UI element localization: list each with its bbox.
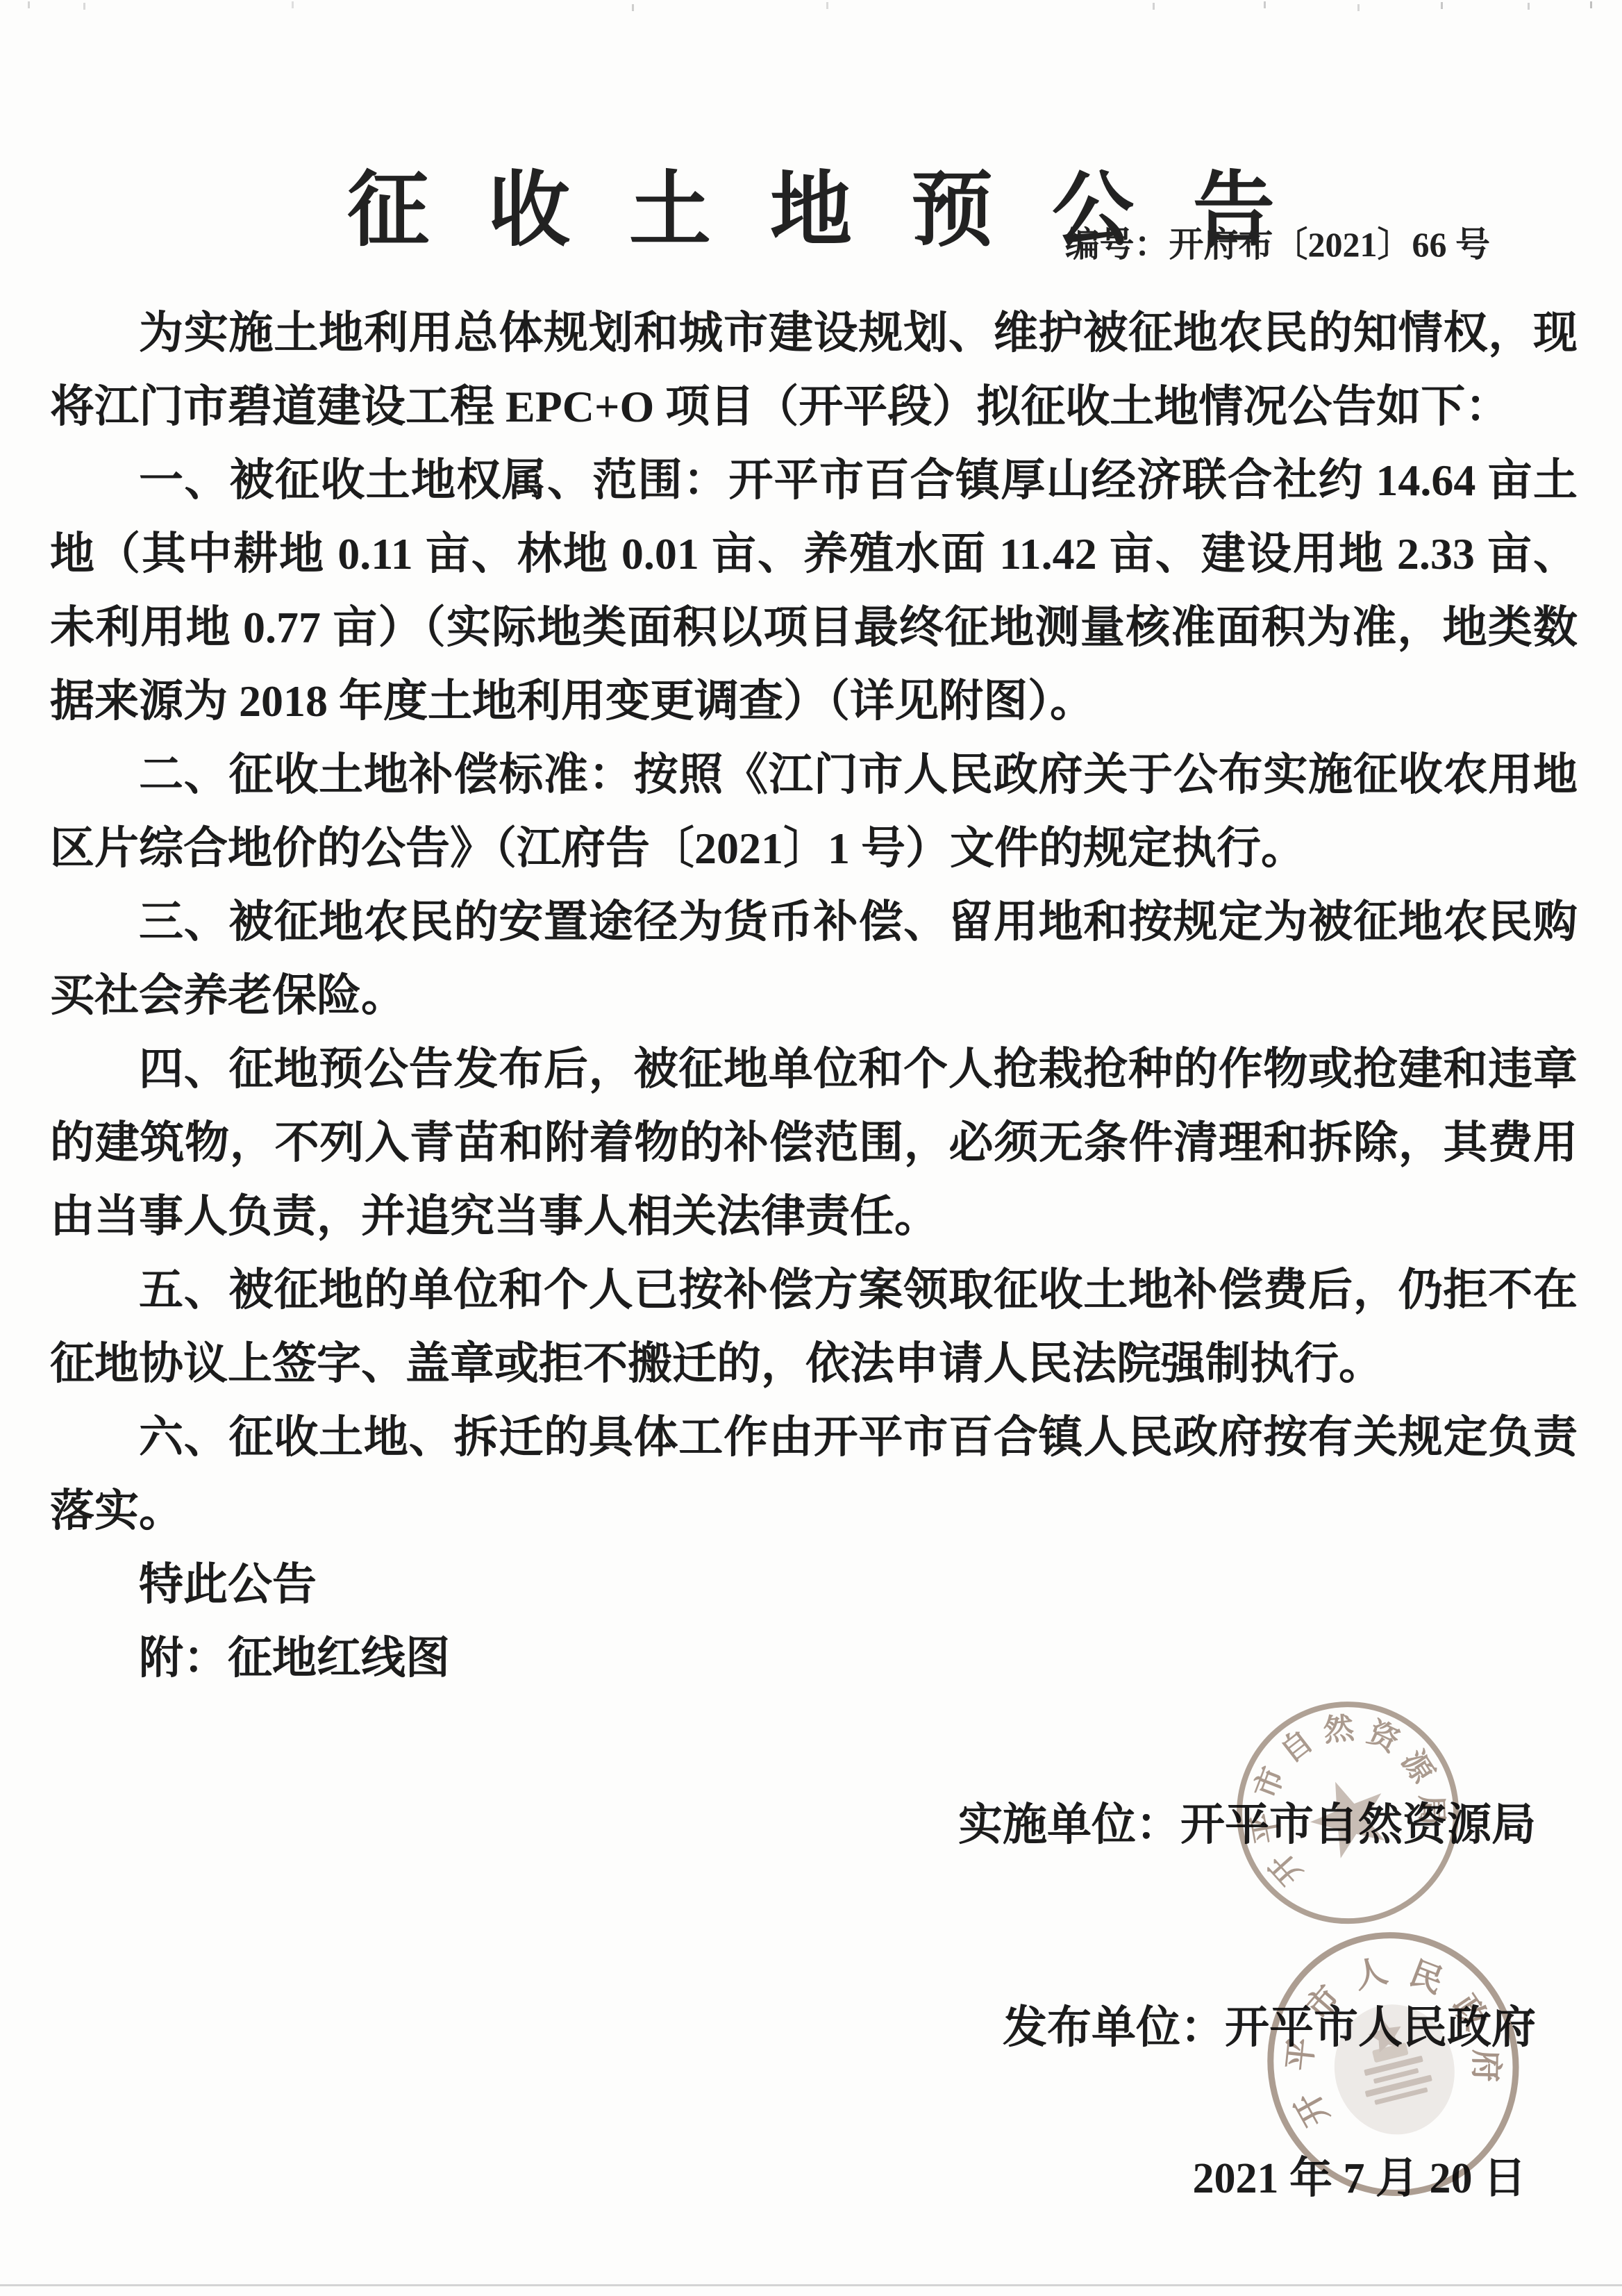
seal-char: 平 — [1282, 2036, 1321, 2072]
scan-edge-line — [0, 2284, 1622, 2286]
document-number: 编号：开府布〔2021〕66 号 — [1065, 217, 1491, 267]
paragraph-item-3: 三、被征地农民的安置途径为货币补偿、留用地和按规定为被征地农民购买社会养老保险。 — [50, 885, 1578, 1033]
seal-char: 资 — [1362, 1715, 1405, 1759]
seal-char: 人 — [1351, 1953, 1391, 1996]
seal-char: 民 — [1405, 1955, 1448, 2000]
paragraph-hereby-announced: 特此公告 — [50, 1548, 1578, 1622]
seal-char: 局 — [1414, 1794, 1449, 1826]
national-emblem-icon — [1321, 1992, 1468, 2147]
announcement-body: 为实施土地利用总体规划和城市建设规划、维护被征地农民的知情权，现将江门市碧道建设… — [50, 297, 1578, 1695]
seal-1-star-icon — [1300, 1767, 1398, 1864]
emblem-disc — [1321, 1992, 1468, 2147]
seal-char: 平 — [1246, 1810, 1285, 1846]
paragraph-intro: 为实施土地利用总体规划和城市建设规划、维护被征地农民的知情权，现将江门市碧道建设… — [50, 297, 1578, 444]
paragraph-item-6: 六、征收土地、拆迁的具体工作由开平市百合镇人民政府按有关规定负责落实。 — [50, 1401, 1578, 1548]
seal-char: 开 — [1289, 2086, 1336, 2131]
paragraph-item-5: 五、被征地的单位和个人已按补偿方案领取征收土地补偿费后，仍拒不在征地协议上签字、… — [50, 1254, 1578, 1401]
paragraph-item-4: 四、征地预公告发布后，被征地单位和个人抢栽抢种的作物或抢建和违章的建筑物，不列入… — [50, 1033, 1578, 1254]
seal-char: 政 — [1446, 1989, 1494, 2036]
paragraph-item-2: 二、征收土地补偿标准：按照《江门市人民政府关于公布实施征收农用地区片综合地价的公… — [50, 738, 1578, 885]
scan-noise-specks — [28, 1, 30, 8]
paragraph-item-1: 一、被征收土地权属、范围：开平市百合镇厚山经济联合社约 14.64 亩土地（其中… — [50, 444, 1578, 738]
seal-char: 府 — [1467, 2049, 1504, 2082]
seal-char: 市 — [1248, 1763, 1291, 1804]
announcement-page: 征收土地预公告 编号：开府布〔2021〕66 号 为实施土地利用总体规划和城市建… — [0, 0, 1622, 2296]
seal-char: 然 — [1321, 1711, 1356, 1749]
seal-char: 市 — [1299, 1979, 1348, 2028]
